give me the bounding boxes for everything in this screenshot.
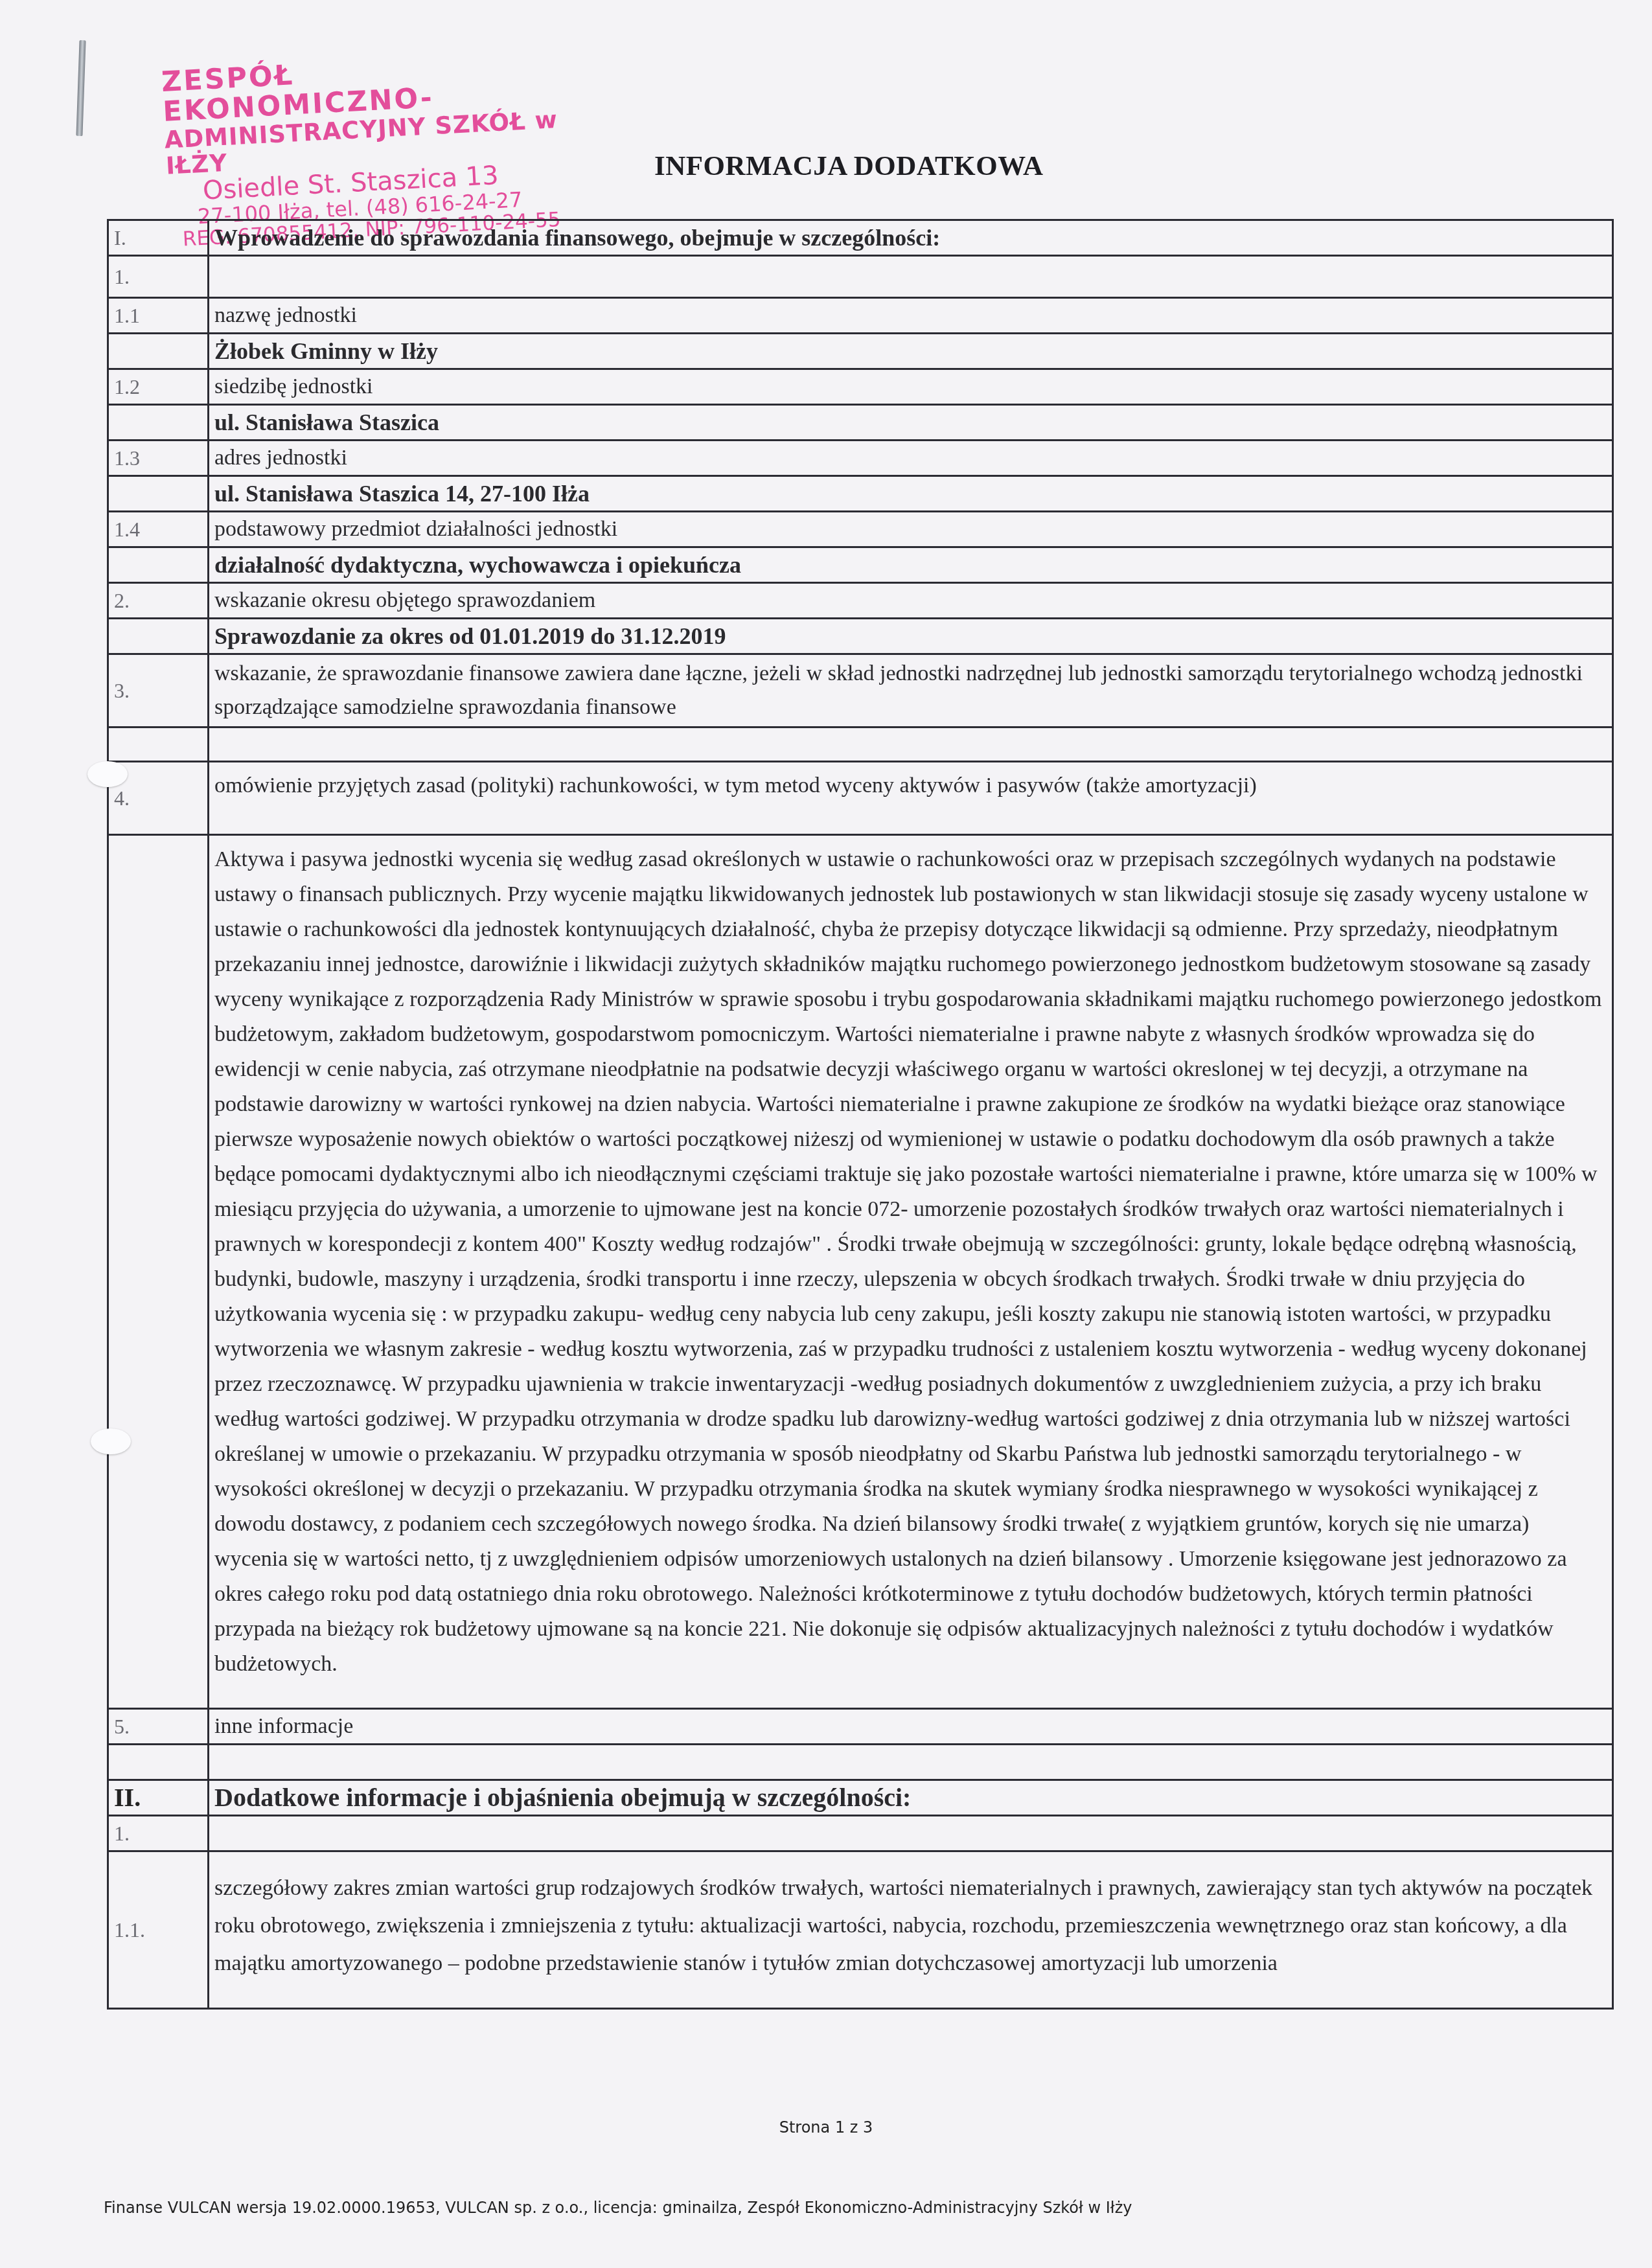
row-label: siedzibę jednostki [209, 369, 1613, 405]
row-number: 1.1 [108, 298, 209, 334]
row-number [108, 476, 209, 512]
section-heading: Dodatkowe informacje i objaśnienia obejm… [209, 1780, 1613, 1816]
row-label: adres jednostki [209, 441, 1613, 476]
row-number: I. [108, 220, 209, 256]
row-text [209, 256, 1613, 298]
document-title: INFORMACJA DODATKOWA [654, 150, 1043, 182]
row-number: 2. [108, 583, 209, 619]
row-number: 1.1. [108, 1851, 209, 2009]
row-number: 5. [108, 1709, 209, 1745]
table-row: 5. inne informacje [108, 1709, 1613, 1745]
row-label: omówienie przyjętych zasad (polityki) ra… [209, 762, 1613, 835]
table-row: 3. wskazanie, że sprawozdanie finansowe … [108, 654, 1613, 727]
page-number: Strona 1 z 3 [0, 2118, 1652, 2136]
row-number [108, 334, 209, 369]
row-label: wskazanie okresu objętego sprawozdaniem [209, 583, 1613, 619]
row-label: podstawowy przedmiot działalności jednos… [209, 512, 1613, 547]
table-row: 1.3 adres jednostki [108, 441, 1613, 476]
row-number: 1. [108, 256, 209, 298]
punch-hole [91, 1428, 131, 1454]
row-label: nazwę jednostki [209, 298, 1613, 334]
table-row: 1. [108, 1816, 1613, 1851]
staple [76, 40, 86, 136]
table-row [108, 1745, 1613, 1780]
punch-hole [87, 761, 128, 787]
section-heading: Wprowadzenie do sprawozdania finansowego… [209, 220, 1613, 256]
row-label: wskazanie, że sprawozdanie finansowe zaw… [209, 654, 1613, 727]
row-number: II. [108, 1780, 209, 1816]
table-row-value: ul. Stanisława Staszica 14, 27-100 Iłża [108, 476, 1613, 512]
reporting-period-value: Sprawozdanie za okres od 01.01.2019 do 3… [209, 619, 1613, 654]
activity-value: działalność dydaktyczna, wychowawcza i o… [209, 547, 1613, 583]
unit-name-value: Żłobek Gminny w Iłży [209, 334, 1613, 369]
table-row-value: działalność dydaktyczna, wychowawcza i o… [108, 547, 1613, 583]
row-number [108, 547, 209, 583]
row-number: 1.4 [108, 512, 209, 547]
table-row-section-header: II. Dodatkowe informacje i objaśnienia o… [108, 1780, 1613, 1816]
table-row: 4. omówienie przyjętych zasad (polityki)… [108, 762, 1613, 835]
table-row-value: ul. Stanisława Staszica [108, 405, 1613, 441]
row-number [108, 1745, 209, 1780]
table-row: 1.1 nazwę jednostki [108, 298, 1613, 334]
row-label: inne informacje [209, 1709, 1613, 1745]
row-value-empty [209, 1745, 1613, 1780]
row-value-empty [209, 727, 1613, 762]
row-number: 1. [108, 1816, 209, 1851]
row-label: szczegółowy zakres zmian wartości grup r… [209, 1851, 1613, 2009]
row-number [108, 835, 209, 1709]
row-number: 1.3 [108, 441, 209, 476]
table-row-value: Sprawozdanie za okres od 01.01.2019 do 3… [108, 619, 1613, 654]
table-row: 1.1. szczegółowy zakres zmian wartości g… [108, 1851, 1613, 2009]
table-row-value: Żłobek Gminny w Iłży [108, 334, 1613, 369]
table-row: 1.4 podstawowy przedmiot działalności je… [108, 512, 1613, 547]
table-row [108, 727, 1613, 762]
row-number [108, 405, 209, 441]
table-row-section-header: I. Wprowadzenie do sprawozdania finansow… [108, 220, 1613, 256]
software-footer: Finanse VULCAN wersja 19.02.0000.19653, … [104, 2199, 1132, 2217]
row-number: 1.2 [108, 369, 209, 405]
row-number [108, 619, 209, 654]
table-row: 1.2 siedzibę jednostki [108, 369, 1613, 405]
row-text [209, 1816, 1613, 1851]
unit-address-value: ul. Stanisława Staszica 14, 27-100 Iłża [209, 476, 1613, 512]
table-row: 2. wskazanie okresu objętego sprawozdani… [108, 583, 1613, 619]
row-number [108, 727, 209, 762]
table-row-accounting-policy: Aktywa i pasywa jednostki wycenia się we… [108, 835, 1613, 1709]
row-number: 3. [108, 654, 209, 727]
accounting-policy-text: Aktywa i pasywa jednostki wycenia się we… [209, 835, 1613, 1709]
unit-seat-value: ul. Stanisława Staszica [209, 405, 1613, 441]
table-row: 1. [108, 256, 1613, 298]
information-table: I. Wprowadzenie do sprawozdania finansow… [107, 219, 1614, 2010]
